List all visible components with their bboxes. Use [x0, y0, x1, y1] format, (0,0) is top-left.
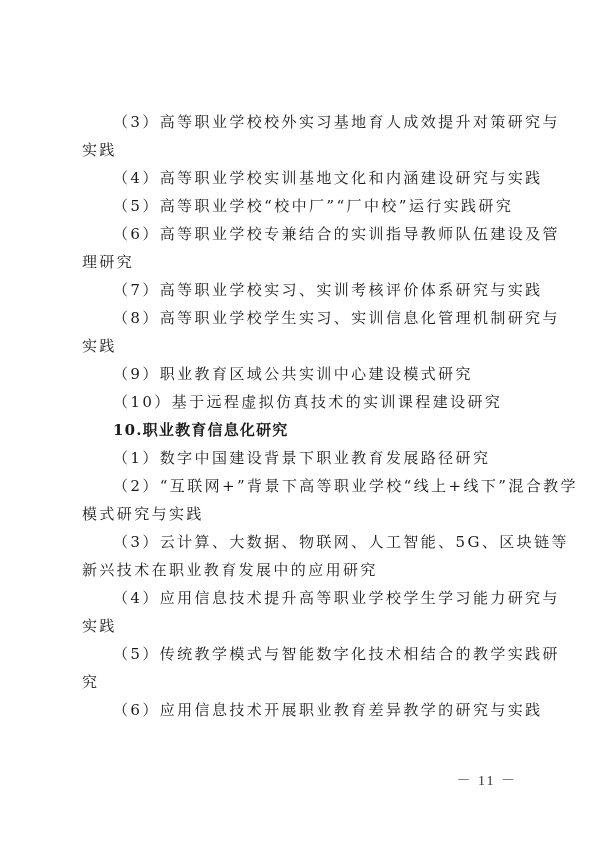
text-line: 实践	[82, 136, 518, 164]
text-line: （6）高等职业学校专兼结合的实训指导教师队伍建设及管	[82, 220, 518, 248]
text-line: （6）应用信息技术开展职业教育差异教学的研究与实践	[82, 696, 518, 724]
text-line: （10）基于远程虚拟仿真技术的实训课程建设研究	[82, 388, 518, 416]
text-line: （5）高等职业学校“校中厂”“厂中校”运行实践研究	[82, 192, 518, 220]
text-line: 究	[82, 668, 518, 696]
text-line: 新兴技术在职业教育发展中的应用研究	[82, 556, 518, 584]
text-line: 理研究	[82, 248, 518, 276]
text-line: 模式研究与实践	[82, 500, 518, 528]
text-line: （7）高等职业学校实习、实训考核评价体系研究与实践	[82, 276, 518, 304]
text-line: （9）职业教育区域公共实训中心建设模式研究	[82, 360, 518, 388]
text-line: （2）“互联网+”背景下高等职业学校“线上+线下”混合教学	[82, 472, 518, 500]
document-body: （3）高等职业学校校外实习基地育人成效提升对策研究与 实践 （4）高等职业学校实…	[82, 108, 518, 724]
text-line: （5）传统教学模式与智能数字化技术相结合的教学实践研	[82, 640, 518, 668]
section-heading: 10.职业教育信息化研究	[82, 416, 518, 444]
text-line: 实践	[82, 612, 518, 640]
text-line: （3）云计算、大数据、物联网、人工智能、5G、区块链等	[82, 528, 518, 556]
text-line: （4）应用信息技术提升高等职业学校学生学习能力研究与	[82, 584, 518, 612]
page-number: － 11 －	[0, 770, 597, 790]
text-line: （3）高等职业学校校外实习基地育人成效提升对策研究与	[82, 108, 518, 136]
text-line: 实践	[82, 332, 518, 360]
text-line: （4）高等职业学校实训基地文化和内涵建设研究与实践	[82, 164, 518, 192]
text-line: （8）高等职业学校学生实习、实训信息化管理机制研究与	[82, 304, 518, 332]
text-line: （1）数字中国建设背景下职业教育发展路径研究	[82, 444, 518, 472]
